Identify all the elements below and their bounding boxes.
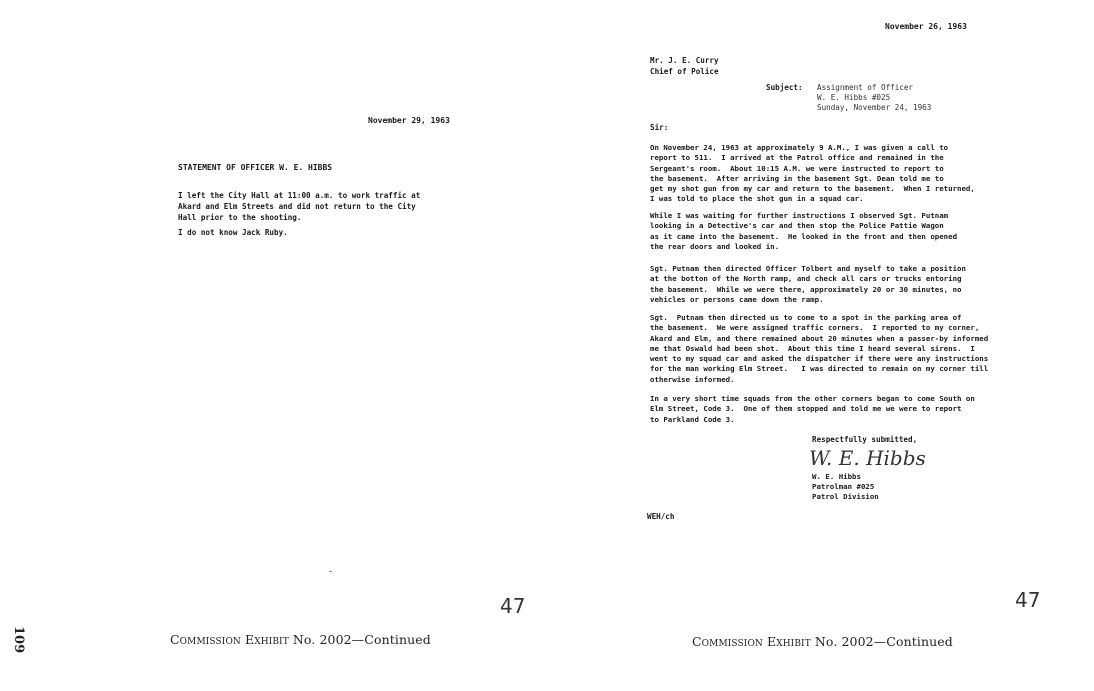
exhibit-footer: Commission Exhibit No. 2002—Continued bbox=[692, 634, 953, 649]
right-page: November 26, 1963 Mr. J. E. Curry Chief … bbox=[547, 0, 1094, 691]
handwritten-signature: W. E. Hibbs bbox=[809, 446, 926, 470]
handwritten-page-number: 47 bbox=[1015, 588, 1040, 612]
statement-date: November 29, 1963 bbox=[368, 116, 450, 125]
exhibit-footer: Commission Exhibit No. 2002—Continued bbox=[170, 632, 431, 647]
volume-page-number: 109 bbox=[11, 626, 26, 653]
subject-text: Assignment of Officer W. E. Hibbs #025 S… bbox=[817, 83, 931, 113]
left-page: November 29, 1963 STATEMENT OF OFFICER W… bbox=[0, 0, 547, 691]
footer-suffix: No. 2002—Continued bbox=[293, 632, 431, 647]
statement-body: I left the City Hall at 11:00 a.m. to wo… bbox=[178, 190, 420, 223]
statement-title: STATEMENT OF OFFICER W. E. HIBBS bbox=[178, 163, 332, 172]
letter-date: November 26, 1963 bbox=[885, 22, 967, 31]
letter-paragraph: On November 24, 1963 at approximately 9 … bbox=[650, 143, 975, 205]
letter-paragraph: In a very short time squads from the oth… bbox=[650, 394, 975, 425]
letter-paragraph: Sgt. Putnam then directed Officer Tolber… bbox=[650, 264, 966, 305]
footer-suffix: No. 2002—Continued bbox=[815, 634, 953, 649]
salutation: Sir: bbox=[650, 123, 668, 132]
letter-paragraph: Sgt. Putnam then directed us to come to … bbox=[650, 313, 988, 385]
typist-initials: WEH/ch bbox=[647, 512, 674, 521]
handwritten-page-number: 47 bbox=[500, 594, 525, 618]
statement-ruby: I do not know Jack Ruby. bbox=[178, 227, 288, 238]
letter-paragraph: While I was waiting for further instruct… bbox=[650, 211, 957, 252]
letter-closing: Respectfully submitted, bbox=[812, 435, 917, 444]
signer-block: W. E. Hibbs Patrolman #025 Patrol Divisi… bbox=[812, 472, 879, 502]
subject-label: Subject: bbox=[766, 83, 803, 92]
footer-prefix: Commission Exhibit bbox=[170, 632, 289, 647]
letter-addressee: Mr. J. E. Curry Chief of Police bbox=[650, 55, 719, 77]
footer-prefix: Commission Exhibit bbox=[692, 634, 811, 649]
scan-speck bbox=[329, 571, 332, 572]
